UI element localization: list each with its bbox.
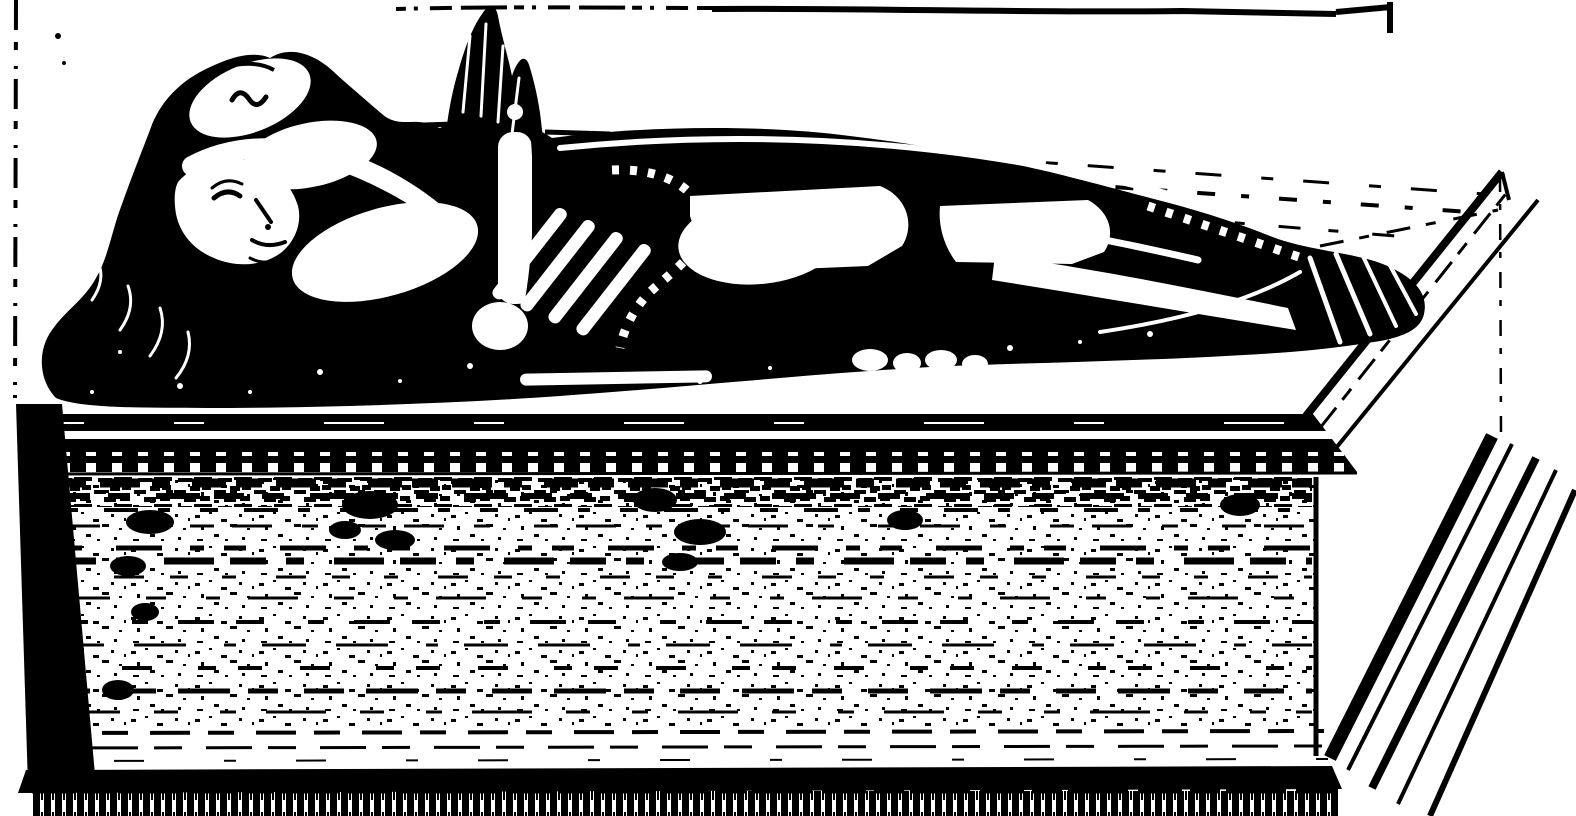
fleck [768, 366, 772, 370]
boss [852, 349, 888, 371]
mantle-panel [690, 186, 908, 272]
stain [674, 519, 726, 545]
thumb-highlight [507, 104, 523, 120]
stain [633, 488, 677, 512]
fleck [1078, 340, 1082, 344]
tomb-effigy-engraving: Tomb effigy engraving High-contrast blac… [0, 0, 1576, 816]
fleck [177, 383, 183, 389]
plate-fleck [62, 61, 66, 65]
boss [893, 353, 921, 373]
sleeve-end-highlight [472, 302, 528, 350]
stain [102, 680, 134, 700]
fleck [697, 378, 703, 384]
stain [887, 510, 923, 530]
fleck [248, 390, 252, 394]
cornice-dentil-row [22, 452, 1357, 472]
fleck [837, 374, 843, 380]
cornice-band-lower [22, 439, 1342, 452]
fleck [118, 350, 122, 354]
slab-cornice [22, 414, 1357, 474]
ground-hatch [32, 791, 1338, 816]
stain [375, 530, 415, 550]
chest-front-panel [58, 477, 1318, 756]
fleck [90, 390, 94, 394]
fleck [467, 363, 473, 369]
ground-hatch-fill [32, 791, 1338, 816]
stain [131, 603, 159, 621]
boss [925, 350, 957, 370]
fleck [1007, 345, 1013, 351]
mantle-panel [940, 200, 1110, 264]
nostril [265, 224, 271, 230]
stain [110, 556, 146, 576]
fleck [317, 369, 323, 375]
boss [962, 355, 988, 373]
cornice-under-line [22, 473, 1357, 474]
stain [342, 491, 398, 519]
plate-fleck [55, 33, 61, 39]
engraving-plate: Tomb effigy engraving High-contrast blac… [0, 0, 1576, 816]
plinth-line [40, 746, 1326, 748]
stain [126, 510, 174, 534]
stain [329, 521, 361, 539]
fleck [1147, 331, 1153, 337]
stain [662, 553, 698, 571]
fleck [398, 379, 402, 383]
fleck [608, 374, 612, 378]
stain [1220, 494, 1260, 516]
